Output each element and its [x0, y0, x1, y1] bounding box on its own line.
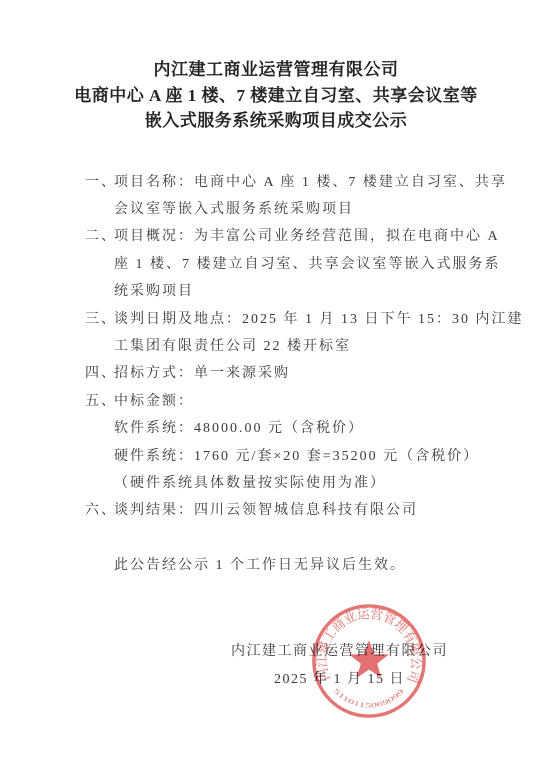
document-page: 内江建工商业运营管理有限公司 电商中心 A 座 1 楼、7 楼建立自习室、共享会…	[0, 0, 552, 776]
item-marker: 一、	[85, 169, 114, 224]
list-item-negotiation-date-place: 三、 谈判日期及地点：2025 年 1 月 13 日下午 15：30 内江建 工…	[85, 306, 534, 361]
item-text: 谈判结果：四川云领智城信息科技有限公司	[114, 497, 418, 524]
list-item-project-name: 一、 项目名称：电商中心 A 座 1 楼、7 楼建立自习室、共享 会议室等嵌入式…	[85, 169, 534, 224]
title-line-3: 嵌入式服务系统采购项目成交公示	[0, 108, 552, 134]
list-item-negotiation-result: 六、 谈判结果：四川云领智城信息科技有限公司	[85, 497, 534, 524]
document-title: 内江建工商业运营管理有限公司 电商中心 A 座 1 楼、7 楼建立自习室、共享会…	[0, 0, 552, 134]
title-line-2: 电商中心 A 座 1 楼、7 楼建立自习室、共享会议室等	[0, 83, 552, 109]
item-text: 谈判日期及地点：2025 年 1 月 13 日下午 15：30 内江建 工集团有…	[114, 306, 524, 361]
closing-note: 此公告经公示 1 个工作日无异议后生效。	[85, 552, 534, 579]
signature-block: 内江建工商业运营管理有限公司 2025 年 1 月 15 日	[231, 638, 448, 693]
document-body: 一、 项目名称：电商中心 A 座 1 楼、7 楼建立自习室、共享 会议室等嵌入式…	[0, 169, 552, 694]
item-text: 中标金额： 软件系统：48000.00 元（含税价） 硬件系统：1760 元/套…	[114, 388, 479, 498]
title-line-1: 内江建工商业运营管理有限公司	[0, 57, 552, 83]
item-marker: 四、	[85, 360, 114, 387]
item-marker: 三、	[85, 306, 114, 361]
list-item-project-overview: 二、 项目概况：为丰富公司业务经营范围，拟在电商中心 A 座 1 楼、7 楼建立…	[85, 223, 534, 305]
item-text: 招标方式：单一来源采购	[114, 360, 290, 387]
signature-date: 2025 年 1 月 15 日	[231, 666, 448, 694]
item-text: 项目概况：为丰富公司业务经营范围，拟在电商中心 A 座 1 楼、7 楼建立自习室…	[114, 223, 501, 305]
item-marker: 六、	[85, 497, 114, 524]
item-marker: 五、	[85, 388, 114, 498]
list-item-bidding-method: 四、 招标方式：单一来源采购	[85, 360, 534, 387]
signature-company: 内江建工商业运营管理有限公司	[231, 638, 448, 666]
list-item-award-amount: 五、 中标金额： 软件系统：48000.00 元（含税价） 硬件系统：1760 …	[85, 388, 534, 498]
item-marker: 二、	[85, 223, 114, 305]
item-text: 项目名称：电商中心 A 座 1 楼、7 楼建立自习室、共享 会议室等嵌入式服务系…	[114, 169, 507, 224]
